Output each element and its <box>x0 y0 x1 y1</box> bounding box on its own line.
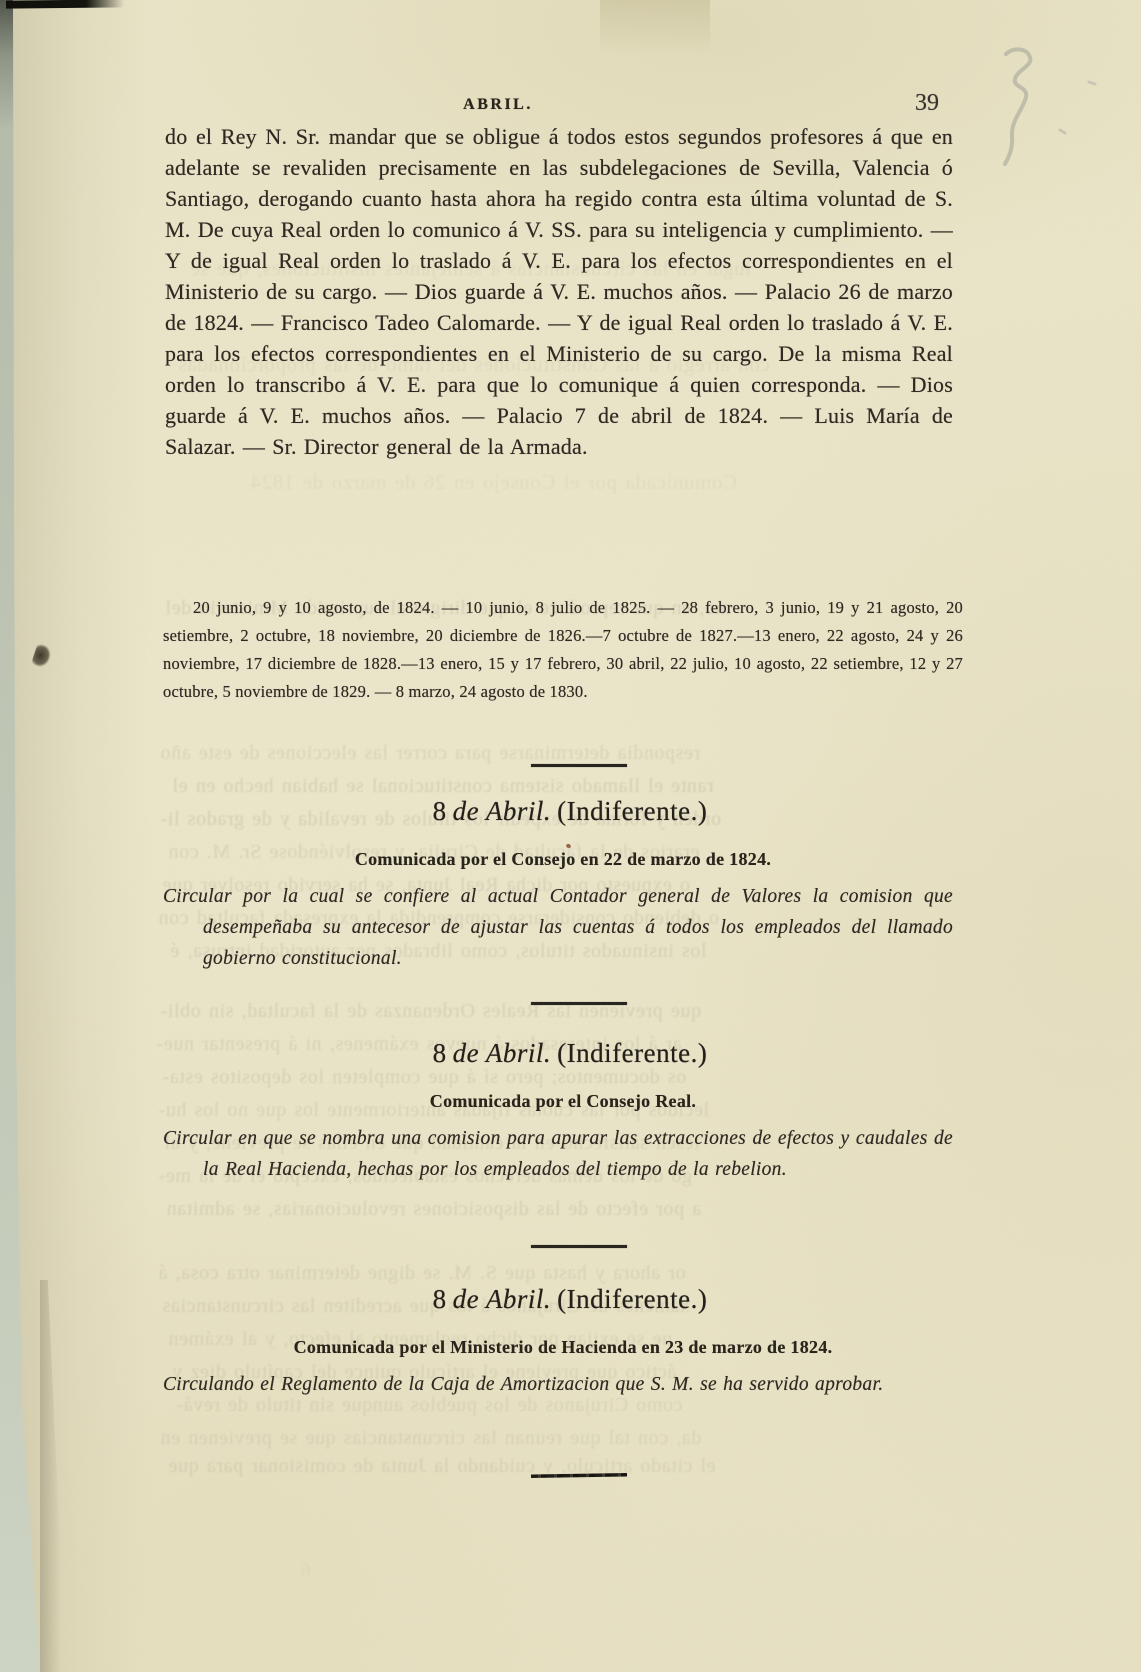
communicated-line: Comunicada por el Ministerio de Hacienda… <box>163 1337 953 1358</box>
entry-heading: 8de Abril.(Indiferente.) <box>163 1284 953 1315</box>
bleedthrough-line: respondia determinarse para correr las e… <box>160 742 700 765</box>
continuation-paragraph: do el Rey N. Sr. mandar que se obligue á… <box>165 121 953 462</box>
paper-stain <box>600 0 710 55</box>
page-number: 39 <box>915 90 939 117</box>
page-header-row: ABRIL. 39 <box>163 96 953 124</box>
bleedthrough-line: el citado articulo, y cuidando la Junta … <box>168 1455 716 1478</box>
entry-april-8-third: 8de Abril.(Indiferente.) Comunicada por … <box>163 1284 953 1400</box>
entry-classification: (Indiferente.) <box>557 1038 707 1068</box>
entry-summary: Circular por la cual se confiere al actu… <box>163 881 953 974</box>
section-divider <box>531 1002 627 1005</box>
edge-notch-mark <box>31 643 53 669</box>
section-divider <box>531 764 627 767</box>
entry-date-month: de Abril. <box>453 796 552 826</box>
book-page-scan: lugar en las circunstancias á semejantes… <box>0 0 1141 1672</box>
communicated-line: Comunicada por el Consejo Real. <box>163 1091 953 1112</box>
date-index-paragraph: 20 junio, 9 y 10 agosto, de 1824. — 10 j… <box>163 594 963 706</box>
page-edge-strip <box>0 0 40 1672</box>
entry-classification: (Indiferente.) <box>557 1284 707 1314</box>
bleedthrough-line: Comunicada por el Consejo en 26 de marzo… <box>250 470 737 495</box>
bleedthrough-line: rante el llamado sistema constitucional … <box>172 775 714 798</box>
entry-summary: Circulando el Reglamento de la Caja de A… <box>163 1369 953 1400</box>
section-divider <box>531 1245 627 1248</box>
bleedthrough-line: da, con tal que reunan las circunstancia… <box>160 1427 701 1450</box>
gutter-crease <box>40 1280 66 1672</box>
bleedthrough-line: 6 <box>300 1560 311 1583</box>
entry-april-8-first: 8de Abril.(Indiferente.) Comunicada por … <box>163 796 953 974</box>
communicated-line: Comunicada por el Consejo en 22 de marzo… <box>163 849 953 870</box>
entry-date-number: 8 <box>433 1038 447 1068</box>
end-divider <box>531 1473 627 1478</box>
entry-date-month: de Abril. <box>453 1038 552 1068</box>
scan-artifact-bar <box>6 0 124 9</box>
entry-date-number: 8 <box>433 796 447 826</box>
bleedthrough-line: a por efecto de las disposiciones revolu… <box>166 1198 701 1221</box>
bleedthrough-line: or ahora y hasta que S. M. se digne dete… <box>158 1262 686 1285</box>
entry-classification: (Indiferente.) <box>557 796 707 826</box>
entry-date-month: de Abril. <box>453 1284 552 1314</box>
entry-date-number: 8 <box>433 1284 447 1314</box>
entry-heading: 8de Abril.(Indiferente.) <box>163 796 953 827</box>
entry-heading: 8de Abril.(Indiferente.) <box>163 1038 953 1069</box>
entry-april-8-second: 8de Abril.(Indiferente.) Comunicada por … <box>163 1038 953 1185</box>
entry-summary: Circular en que se nombra una comision p… <box>163 1123 953 1185</box>
running-header: ABRIL. <box>163 96 833 114</box>
